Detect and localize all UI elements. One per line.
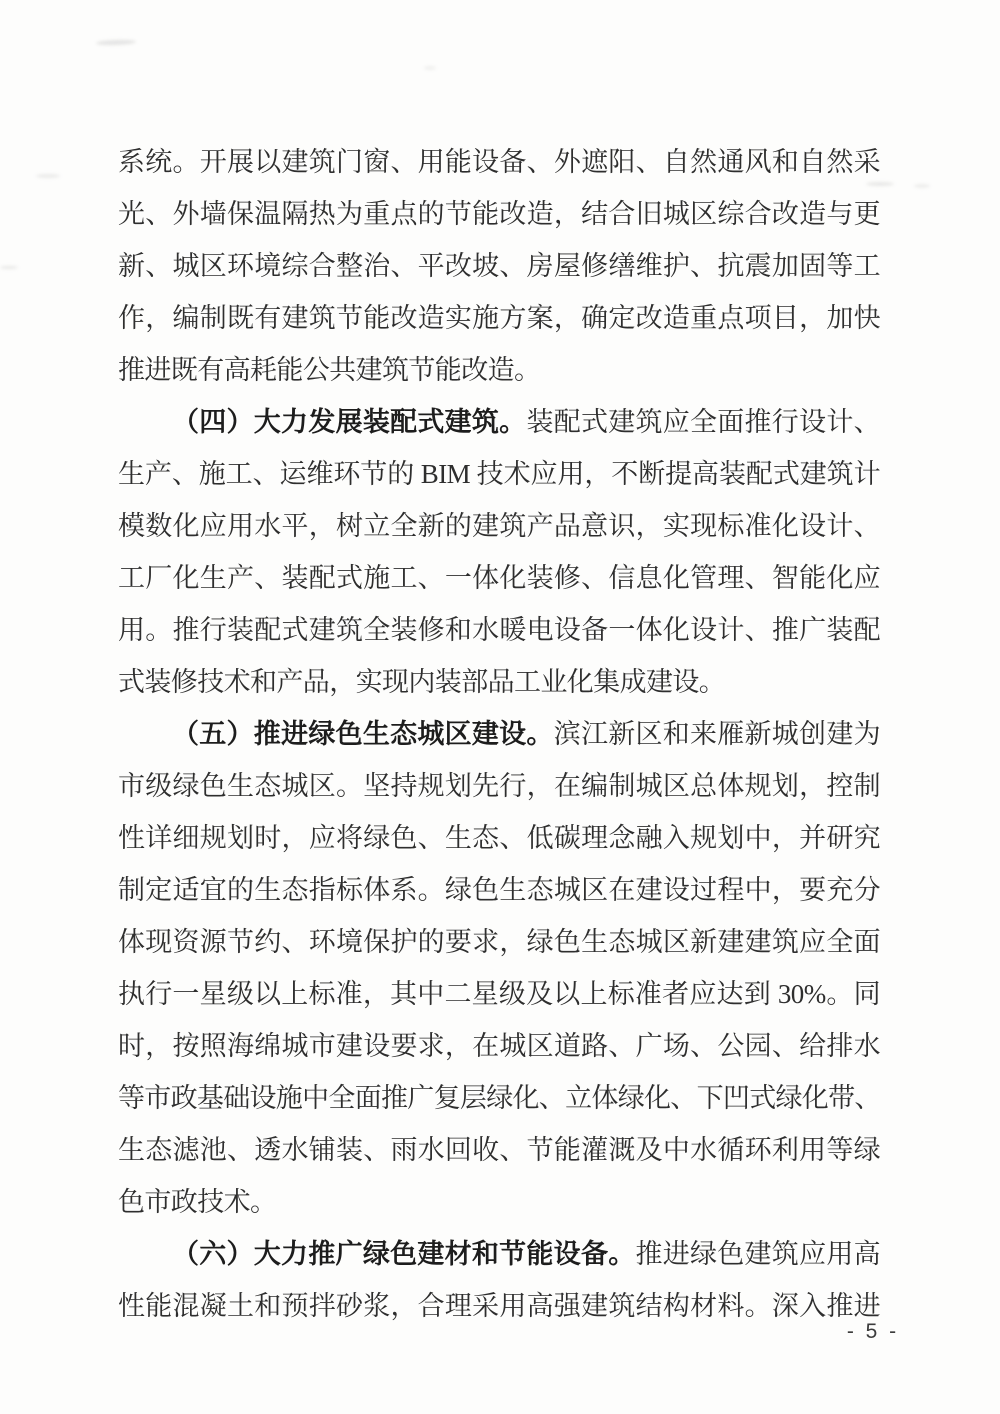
text-line-11: 式装修技术和产品，实现内装部品工业化集成建设。: [118, 656, 880, 708]
text-line-4: 作，编制既有建筑节能改造实施方案，确定改造重点项目，加快: [118, 292, 880, 344]
scan-smudge: [96, 39, 136, 45]
section-5-title: （五）推进绿色生态城区建设。: [172, 719, 554, 749]
section-6-title: （六）大力推广绿色建材和节能设备。: [172, 1239, 635, 1269]
text-line-22-section-6-heading: （六）大力推广绿色建材和节能设备。推进绿色建筑应用高: [118, 1228, 880, 1280]
text-line-15: 制定适宜的生态指标体系。绿色生态城区在建设过程中，要充分: [118, 864, 880, 916]
text-line-5: 推进既有高耗能公共建筑节能改造。: [118, 344, 880, 396]
text-line-17: 执行一星级以上标准，其中二星级及以上标准者应达到 30%。同: [118, 968, 880, 1020]
text-line-19: 等市政基础设施中全面推广复层绿化、立体绿化、下凹式绿化带、: [118, 1072, 880, 1124]
text-line-9: 工厂化生产、装配式施工、一体化装修、信息化管理、智能化应: [118, 552, 880, 604]
page-number: - 5 -: [828, 1320, 918, 1344]
text-line-8: 模数化应用水平，树立全新的建筑产品意识，实现标准化设计、: [118, 500, 880, 552]
document-page: 系统。开展以建筑门窗、用能设备、外遮阳、自然通风和自然采 光、外墙保温隔热为重点…: [0, 0, 1000, 1414]
scan-smudge: [36, 174, 60, 178]
text-line-23: 性能混凝土和预拌砂浆，合理采用高强建筑结构材料。深入推进: [118, 1280, 880, 1332]
text-line-6-section-4-heading: （四）大力发展装配式建筑。装配式建筑应全面推行设计、: [118, 396, 880, 448]
text-line-10: 用。推行装配式建筑全装修和水暖电设备一体化设计、推广装配: [118, 604, 880, 656]
document-body: 系统。开展以建筑门窗、用能设备、外遮阳、自然通风和自然采 光、外墙保温隔热为重点…: [118, 136, 880, 1332]
text-line-3: 新、城区环境综合整治、平改坡、房屋修缮维护、抗震加固等工: [118, 240, 880, 292]
text-line-12-section-5-heading: （五）推进绿色生态城区建设。滨江新区和来雁新城创建为: [118, 708, 880, 760]
section-5-lead-text: 滨江新区和来雁新城创建为: [554, 719, 880, 749]
text-line-13: 市级绿色生态城区。坚持规划先行，在编制城区总体规划，控制: [118, 760, 880, 812]
text-line-20: 生态滤池、透水铺装、雨水回收、节能灌溉及中水循环利用等绿: [118, 1124, 880, 1176]
section-6-lead-text: 推进绿色建筑应用高: [635, 1239, 880, 1269]
text-line-1: 系统。开展以建筑门窗、用能设备、外遮阳、自然通风和自然采: [118, 136, 880, 188]
scan-smudge: [424, 66, 436, 70]
scan-smudge: [0, 266, 18, 269]
text-line-21: 色市政技术。: [118, 1176, 880, 1228]
text-line-7: 生产、施工、运维环节的 BIM 技术应用，不断提高装配式建筑计: [118, 448, 880, 500]
section-4-title: （四）大力发展装配式建筑。: [172, 407, 526, 437]
scan-smudge: [914, 184, 930, 188]
text-line-2: 光、外墙保温隔热为重点的节能改造，结合旧城区综合改造与更: [118, 188, 880, 240]
text-line-16: 体现资源节约、环境保护的要求，绿色生态城区新建建筑应全面: [118, 916, 880, 968]
text-line-18: 时，按照海绵城市建设要求，在城区道路、广场、公园、给排水: [118, 1020, 880, 1072]
section-4-lead-text: 装配式建筑应全面推行设计、: [526, 407, 880, 437]
text-line-14: 性详细规划时，应将绿色、生态、低碳理念融入规划中，并研究: [118, 812, 880, 864]
